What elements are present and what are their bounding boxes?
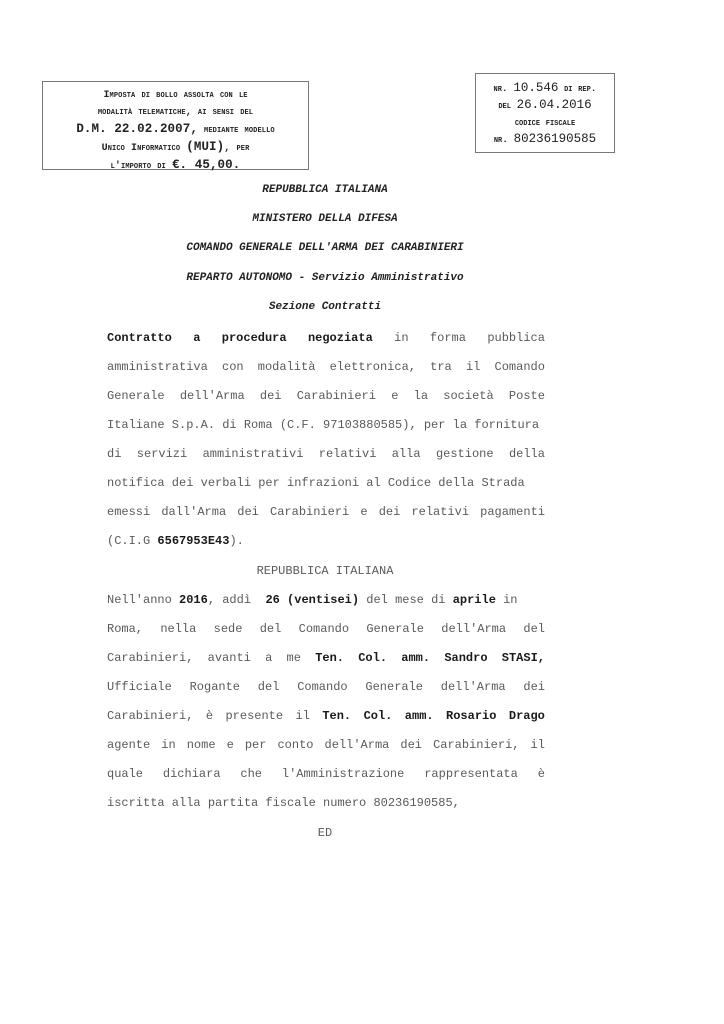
cig-label: (C.I.G (107, 527, 157, 556)
cf-number: 80236190585 (514, 132, 597, 146)
word: Generale (365, 673, 423, 702)
word: con (222, 353, 244, 382)
word: che (240, 760, 262, 789)
word: per (245, 731, 267, 760)
word: la (414, 382, 428, 411)
word: società (443, 382, 493, 411)
word: della (509, 440, 545, 469)
heading-sezione: Sezione Contratti (0, 301, 650, 313)
word: dell'Arma (441, 615, 506, 644)
word: il (531, 731, 545, 760)
word: agente (107, 731, 150, 760)
word: dei (523, 673, 545, 702)
word: Rogante (190, 673, 240, 702)
p2-line-7: quale dichiara che l'Amministrazione rap… (107, 760, 545, 789)
stamp-line-2: modalità telematiche, ai sensi del (43, 104, 308, 121)
contract-description: Contratto a procedura negoziata in forma… (107, 324, 545, 556)
word: è (538, 760, 545, 789)
heading-comando: COMANDO GENERALE DELL'ARMA DEI CARABINIE… (0, 242, 650, 254)
word: in (161, 731, 175, 760)
word: il (296, 702, 310, 731)
stamp-line-4: Unico Informatico (MUI), per (43, 139, 308, 157)
word: Carabinieri, (433, 731, 519, 760)
p1-line-2: amministrativa con modalità elettronica,… (107, 353, 545, 382)
decree-date: D.M. 22.02.2007, (76, 122, 198, 136)
heading-ministero: MINISTERO DELLA DIFESA (0, 213, 650, 225)
p2-line-2: Roma, nella sede del Comando Generale de… (107, 615, 545, 644)
stamp-line-4-text: Unico Informatico (102, 143, 187, 154)
month: aprile (453, 586, 496, 615)
word: a (265, 644, 272, 673)
agent-name: Ten. (322, 702, 351, 731)
repertory-box: nr. 10.546 di rep. del 26.04.2016 codice… (475, 73, 615, 153)
text: del mese di (359, 586, 453, 615)
word: procedura (222, 324, 287, 353)
word: del (260, 615, 282, 644)
word: dei (400, 731, 422, 760)
text: , addì (208, 586, 266, 615)
word: dell'Arma (180, 382, 245, 411)
word: nome (187, 731, 216, 760)
day: 26 (ventisei) (265, 586, 359, 615)
mui-label: (MUI) (186, 140, 224, 154)
word: Carabinieri, (107, 644, 193, 673)
word: dell'Arma (325, 731, 390, 760)
word: sede (214, 615, 243, 644)
word: Carabinieri (270, 498, 349, 527)
word: Roma, (107, 615, 143, 644)
text: in (496, 586, 518, 615)
officer-name: Col. (358, 644, 387, 673)
officer-name: STASI, (502, 644, 545, 673)
closing-ed: ED (0, 826, 650, 840)
word: a (193, 324, 200, 353)
heading-reparto: REPARTO AUTONOMO - Servizio Amministrati… (0, 272, 650, 284)
stamp-duty-box: Imposta di bollo assolta con le modalità… (42, 81, 309, 170)
rep-number-line: nr. 10.546 di rep. (476, 80, 614, 97)
p2-line-6: agente in nome e per conto dell'Arma dei… (107, 731, 545, 760)
word: Comando (495, 353, 545, 382)
stamp-line-5-text: l'importo di (111, 161, 172, 172)
word: e (391, 382, 398, 411)
officer-name: amm. (401, 644, 430, 673)
cig-code: 6567953E43 (157, 527, 229, 556)
word: negoziata (308, 324, 373, 353)
word: nella (160, 615, 196, 644)
p2-line-1: Nell'anno 2016, addì 26 (ventisei) del m… (107, 586, 545, 615)
stamp-line-4-suffix: , per (224, 143, 249, 154)
word: emessi (107, 498, 150, 527)
stamp-amount: €. 45,00. (172, 158, 240, 172)
word: dall'Arma (161, 498, 226, 527)
word: di (107, 440, 121, 469)
p2-line-8: iscritta alla partita fiscale numero 802… (107, 789, 545, 818)
rep-date: 26.04.2016 (517, 98, 592, 112)
word: relativi (411, 498, 469, 527)
word: Generale (366, 615, 424, 644)
agent-name: Rosario (446, 702, 496, 731)
word: presente (225, 702, 283, 731)
contract-preamble: Nell'anno 2016, addì 26 (ventisei) del m… (107, 586, 545, 818)
word: alla (392, 440, 421, 469)
cig-suffix: ). (229, 527, 243, 556)
word: tra (430, 353, 452, 382)
word: amministrativi (203, 440, 304, 469)
word: il (466, 353, 480, 382)
agent-name: Drago (509, 702, 545, 731)
rep-suffix: di rep. (564, 83, 596, 94)
cf-line: nr. 80236190585 (476, 131, 614, 148)
stamp-line-5: l'importo di €. 45,00. (43, 157, 308, 175)
word: pubblica (487, 324, 545, 353)
word: rappresentata (424, 760, 518, 789)
p1-line-7: emessi dall'Arma dei Carabinieri e dei r… (107, 498, 545, 527)
text: Nell'anno (107, 586, 179, 615)
word: elettronica, (330, 353, 416, 382)
word: in (394, 324, 408, 353)
word: Contratto (107, 324, 172, 353)
word: me (287, 644, 301, 673)
word: relativi (319, 440, 377, 469)
word: e (227, 731, 234, 760)
stamp-line-1: Imposta di bollo assolta con le (43, 87, 308, 104)
word: Comando (299, 615, 349, 644)
word: conto (277, 731, 313, 760)
word: pagamenti (480, 498, 545, 527)
p1-line-1: Contratto a procedura negoziata in forma… (107, 324, 545, 353)
stamp-line-3-text: mediante modello (198, 125, 275, 136)
word: dei (379, 498, 401, 527)
p1-line-5: di servizi amministrativi relativi alla … (107, 440, 545, 469)
word: dell'Arma (441, 673, 506, 702)
word: servizi (137, 440, 187, 469)
word: Carabinieri (297, 382, 376, 411)
cf-nr-label: nr. (494, 134, 508, 145)
word: amministrativa (107, 353, 208, 382)
word: Carabinieri, (107, 702, 193, 731)
word: quale (107, 760, 143, 789)
del-label: del (498, 100, 511, 111)
p2-line-5: Carabinieri, è presente il Ten. Col. amm… (107, 702, 545, 731)
word: Comando (297, 673, 347, 702)
stamp-line-3: D.M. 22.02.2007, mediante modello (43, 121, 308, 139)
word: del (258, 673, 280, 702)
p2-line-4: Ufficiale Rogante del Comando Generale d… (107, 673, 545, 702)
rep-date-line: del 26.04.2016 (476, 97, 614, 114)
word: e (360, 498, 367, 527)
word: è (206, 702, 213, 731)
p1-line-8: (C.I.G 6567953E43). (107, 527, 545, 556)
year: 2016 (179, 586, 208, 615)
officer-name: Ten. (315, 644, 344, 673)
agent-name: Col. (364, 702, 393, 731)
word: forma (430, 324, 466, 353)
word: del (523, 615, 545, 644)
heading-repubblica: REPUBBLICA ITALIANA (0, 184, 650, 196)
word: dei (260, 382, 282, 411)
officer-name: Sandro (444, 644, 487, 673)
word: l'Amministrazione (282, 760, 404, 789)
subheading-repubblica: REPUBBLICA ITALIANA (0, 564, 650, 578)
p1-line-4: Italiane S.p.A. di Roma (C.F. 9710388058… (107, 411, 545, 440)
word: modalità (258, 353, 316, 382)
agent-name: amm. (405, 702, 434, 731)
codice-fiscale-label: codice fiscale (476, 114, 614, 131)
word: gestione (436, 440, 494, 469)
nr-label: nr. (494, 83, 508, 94)
word: dichiara (163, 760, 221, 789)
word: Ufficiale (107, 673, 172, 702)
word: Poste (509, 382, 545, 411)
word: Generale (107, 382, 165, 411)
p2-line-3: Carabinieri, avanti a me Ten. Col. amm. … (107, 644, 545, 673)
word: dei (237, 498, 259, 527)
rep-number: 10.546 (513, 81, 558, 95)
p1-line-6: notifica dei verbali per infrazioni al C… (107, 469, 545, 498)
p1-line-3: Generale dell'Arma dei Carabinieri e la … (107, 382, 545, 411)
word: avanti (208, 644, 251, 673)
